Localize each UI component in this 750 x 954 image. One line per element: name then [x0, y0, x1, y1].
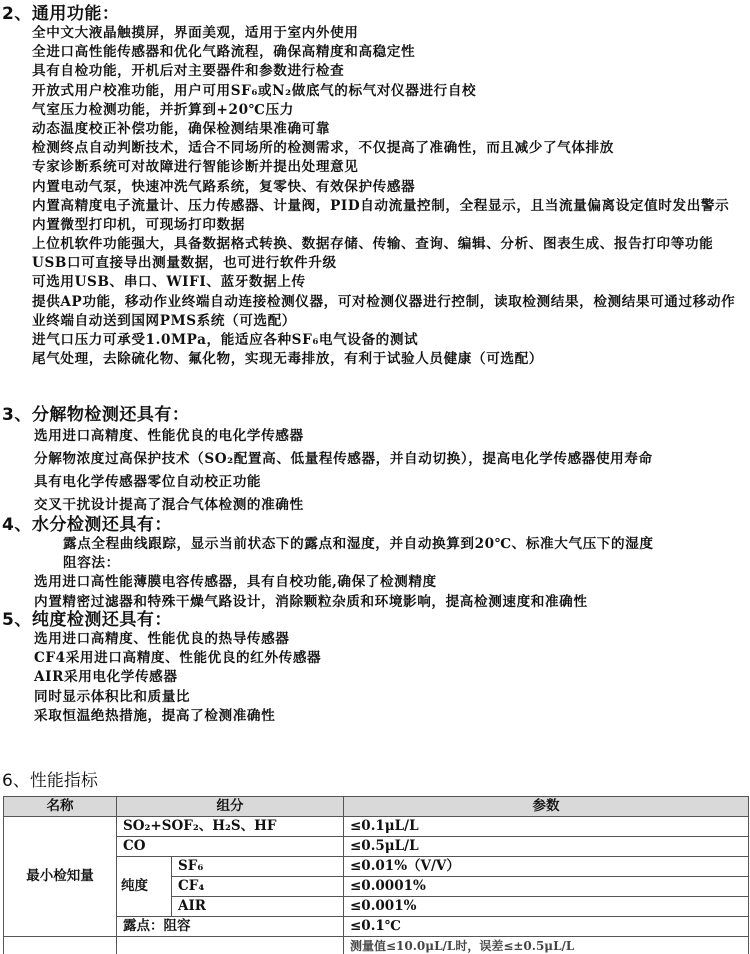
param-cell: ≤0.1μL/L [344, 817, 749, 837]
param-cell: ≤0.0001% [344, 877, 749, 897]
section-purity-detection: 5、纯度检测还具有： 选用进口高精度、性能优良的热导传感器 CF4采用进口高精度… [0, 610, 750, 726]
table-row-cropped: 测量值≤10.0μL/L时，误差≤±0.5μL/L [4, 937, 749, 954]
section-moisture-detection: 4、水分检测还具有： 露点全程曲线跟踪，显示当前状态下的露点和湿度，并自动换算到… [0, 515, 750, 612]
feature-item: 动态温度校正补偿功能，确保检测结果准确可靠 [0, 120, 750, 139]
feature-item: 同时显示体积比和质量比 [0, 688, 750, 707]
cropped-param-cell: 测量值≤10.0μL/L时，误差≤±0.5μL/L [344, 937, 749, 954]
feature-item: 开放式用户校准功能，用户可用SF₆或N₂做底气的标气对仪器进行自校 [0, 82, 750, 101]
feature-item: 检测终点自动判断技术，适合不同场所的检测需求，不仅提高了准确性，而且减少了气体排… [0, 139, 750, 158]
header-name: 名称 [4, 797, 117, 817]
feature-item: 内置电动气泵，快速冲洗气路系统，复零快、有效保护传感器 [0, 178, 750, 197]
param-cell: ≤0.1℃ [344, 917, 749, 937]
feature-item: 进气口压力可承受1.0MPa，能适应各种SF₆电气设备的测试 [0, 331, 750, 350]
component-cell: 露点：阻容 [117, 917, 344, 937]
section-title: 5、纯度检测还具有： [0, 610, 750, 630]
param-cell: ≤0.01%（V/V） [344, 857, 749, 877]
feature-item: AIR采用电化学传感器 [0, 668, 750, 687]
feature-item: 具有电化学传感器零位自动校正功能 [0, 471, 750, 494]
component-cell: SF₆ [172, 857, 344, 877]
feature-item: 采取恒温绝热措施，提高了检测准确性 [0, 707, 750, 726]
feature-item: 选用进口高性能薄膜电容传感器，具有自校功能,确保了检测精度 [0, 573, 750, 592]
feature-item: 内置高精度电子流量计、压力传感器、计量阀，PID自动流量控制，全程显示，且当流量… [0, 197, 742, 216]
feature-item: 专家诊断系统可对故障进行智能诊断并提出处理意见 [0, 158, 750, 177]
component-cell: CF₄ [172, 877, 344, 897]
component-cell: AIR [172, 897, 344, 917]
section-title-performance: 6、性能指标 [2, 771, 98, 791]
param-cell: ≤0.5μL/L [344, 837, 749, 857]
feature-item: 上位机软件功能强大，具备数据格式转换、数据存储、传输、查询、编辑、分析、图表生成… [0, 235, 742, 254]
feature-item: 全进口高性能传感器和优化气路流程，确保高精度和高稳定性 [0, 43, 750, 62]
section-general-functions: 2、通用功能： 全中文大液晶触摸屏，界面美观，适用于室内外使用 全进口高性能传感… [0, 4, 750, 369]
purity-label-cell: 纯度 [117, 857, 172, 917]
header-component: 组分 [117, 797, 344, 817]
group-name-cell: 最小检知量 [4, 817, 117, 937]
feature-item: 交叉干扰设计提高了混合气体检测的准确性 [0, 494, 750, 517]
cropped-cell [4, 937, 117, 954]
section-title: 2、通用功能： [0, 4, 750, 24]
method-label: 阻容法： [0, 554, 750, 573]
feature-item: 选用进口高精度、性能优良的热导传感器 [0, 630, 750, 649]
feature-item: CF4采用进口高精度、性能优良的红外传感器 [0, 649, 750, 668]
table-header-row: 名称 组分 参数 [4, 797, 749, 817]
param-cell: ≤0.001% [344, 897, 749, 917]
performance-table: 名称 组分 参数 最小检知量 SO₂+SOF₂、H₂S、HF ≤0.1μL/L … [3, 796, 749, 954]
feature-item: 提供AP功能，移动作业终端自动连接检测仪器，可对检测仪器进行控制，读取检测结果，… [0, 293, 742, 331]
cropped-previous-line: ▀▀▀▀▀ ▀ ▀▀▀▀▀▀▀ ▀▀▀▀▀▀▀▀▀ [30, 0, 310, 2]
feature-item: 具有自检功能，开机后对主要器件和参数进行检查 [0, 62, 750, 81]
feature-item: 露点全程曲线跟踪，显示当前状态下的露点和湿度，并自动换算到20℃、标准大气压下的… [0, 535, 750, 554]
feature-item: 气室压力检测功能，并折算到+20℃压力 [0, 101, 750, 120]
table-row: 最小检知量 SO₂+SOF₂、H₂S、HF ≤0.1μL/L [4, 817, 749, 837]
feature-item: 尾气处理，去除硫化物、氟化物，实现无毒排放，有利于试验人员健康（可选配） [0, 350, 750, 369]
feature-item: 选用进口高精度、性能优良的电化学传感器 [0, 425, 750, 448]
section-decomposition-detection: 3、分解物检测还具有： 选用进口高精度、性能优良的电化学传感器 分解物浓度过高保… [0, 405, 750, 517]
section-title: 4、水分检测还具有： [0, 515, 750, 535]
feature-item: USB口可直接导出测量数据，也可进行软件升级 [0, 254, 750, 273]
feature-item: 分解物浓度过高保护技术（SO₂配置高、低量程传感器，并自动切换），提高电化学传感… [0, 448, 750, 471]
section-title: 3、分解物检测还具有： [0, 405, 750, 425]
cropped-cell [117, 937, 344, 954]
feature-item: 内置精密过滤器和特殊干燥气路设计，消除颗粒杂质和环境影响，提高检测速度和准确性 [0, 593, 750, 612]
feature-item: 全中文大液晶触摸屏，界面美观，适用于室内外使用 [0, 24, 750, 43]
feature-item: 内置微型打印机，可现场打印数据 [0, 216, 750, 235]
component-cell: CO [117, 837, 344, 857]
component-cell: SO₂+SOF₂、H₂S、HF [117, 817, 344, 837]
header-param: 参数 [344, 797, 749, 817]
feature-item: 可选用USB、串口、WIFI、蓝牙数据上传 [0, 273, 750, 292]
